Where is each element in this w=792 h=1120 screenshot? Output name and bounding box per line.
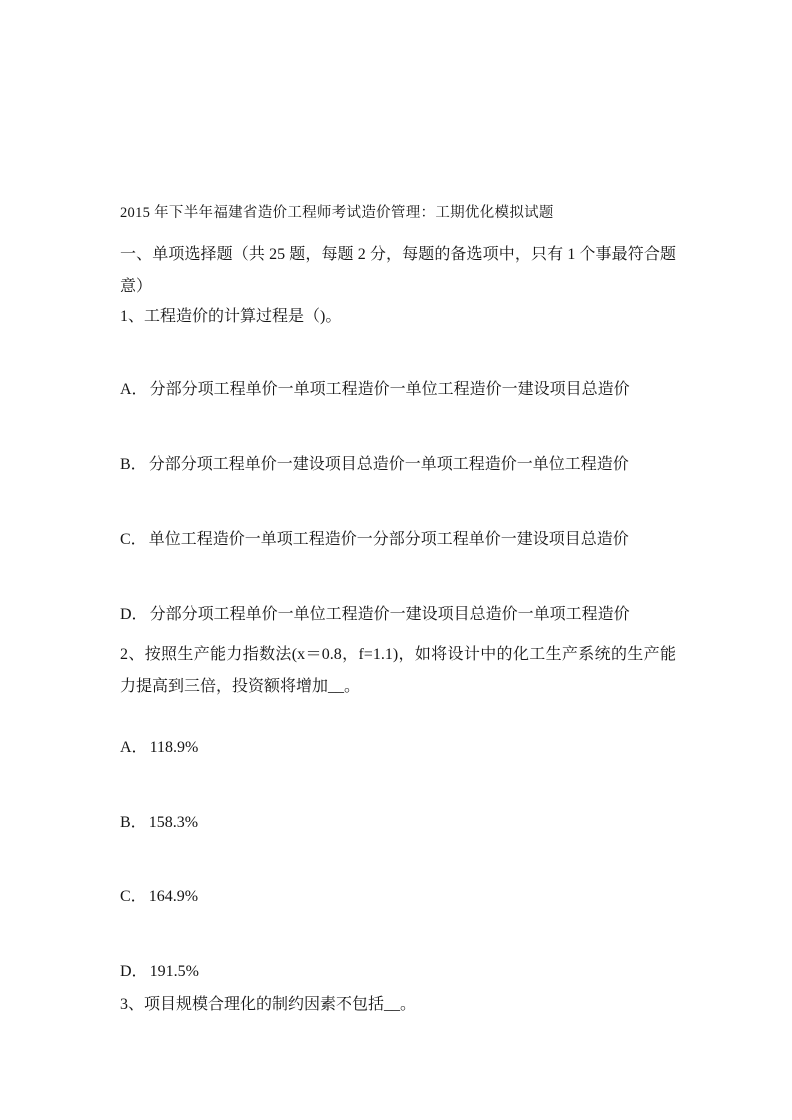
option-text: 118.9%	[150, 739, 199, 756]
option-label: B．	[120, 456, 147, 473]
option-label: A．	[120, 381, 148, 398]
document-title: 2015 年下半年福建省造价工程师考试造价管理：工期优化模拟试题	[120, 203, 676, 224]
question-1: 1、工程造价的计算过程是（)。	[120, 301, 676, 333]
question-text: 项目规模合理化的制约因素不包括__。	[144, 996, 416, 1013]
question-2-option-b: B．158.3%	[120, 807, 676, 839]
option-label: C．	[120, 888, 147, 905]
option-text: 分部分项工程单价一建设项目总造价一单项工程造价一单位工程造价	[149, 456, 629, 473]
section-header: 一、单项选择题（共 25 题，每题 2 分，每题的备选项中，只有 1 个事最符合…	[120, 239, 676, 303]
option-label: C．	[120, 531, 147, 548]
question-1-option-c: C．单位工程造价一单项工程造价一分部分项工程单价一建设项目总造价	[120, 524, 676, 556]
question-1-option-b: B．分部分项工程单价一建设项目总造价一单项工程造价一单位工程造价	[120, 449, 676, 481]
option-label: A．	[120, 739, 148, 756]
question-2-option-d: D．191.5%	[120, 956, 676, 988]
question-1-option-d: D．分部分项工程单价一单位工程造价一建设项目总造价一单项工程造价	[120, 599, 676, 631]
question-2-option-c: C．164.9%	[120, 881, 676, 913]
option-label: D．	[120, 606, 148, 623]
question-number: 1、	[120, 308, 144, 325]
question-2: 2、按照生产能力指数法(x＝0.8，f=1.1)，如将设计中的化工生产系统的生产…	[120, 639, 676, 703]
option-text: 单位工程造价一单项工程造价一分部分项工程单价一建设项目总造价	[149, 531, 629, 548]
option-label: B．	[120, 814, 147, 831]
question-number: 2、	[120, 646, 145, 663]
question-text: 工程造价的计算过程是（)。	[144, 308, 341, 325]
question-1-option-a: A．分部分项工程单价一单项工程造价一单位工程造价一建设项目总造价	[120, 374, 676, 406]
question-text: 按照生产能力指数法(x＝0.8，f=1.1)，如将设计中的化工生产系统的生产能力…	[120, 646, 676, 695]
option-text: 分部分项工程单价一单位工程造价一建设项目总造价一单项工程造价	[150, 606, 630, 623]
question-3: 3、项目规模合理化的制约因素不包括__。	[120, 989, 676, 1021]
option-text: 分部分项工程单价一单项工程造价一单位工程造价一建设项目总造价	[150, 381, 630, 398]
question-number: 3、	[120, 996, 144, 1013]
option-text: 191.5%	[150, 963, 199, 980]
option-text: 158.3%	[149, 814, 198, 831]
option-text: 164.9%	[149, 888, 198, 905]
option-label: D．	[120, 963, 148, 980]
question-2-option-a: A．118.9%	[120, 732, 676, 764]
